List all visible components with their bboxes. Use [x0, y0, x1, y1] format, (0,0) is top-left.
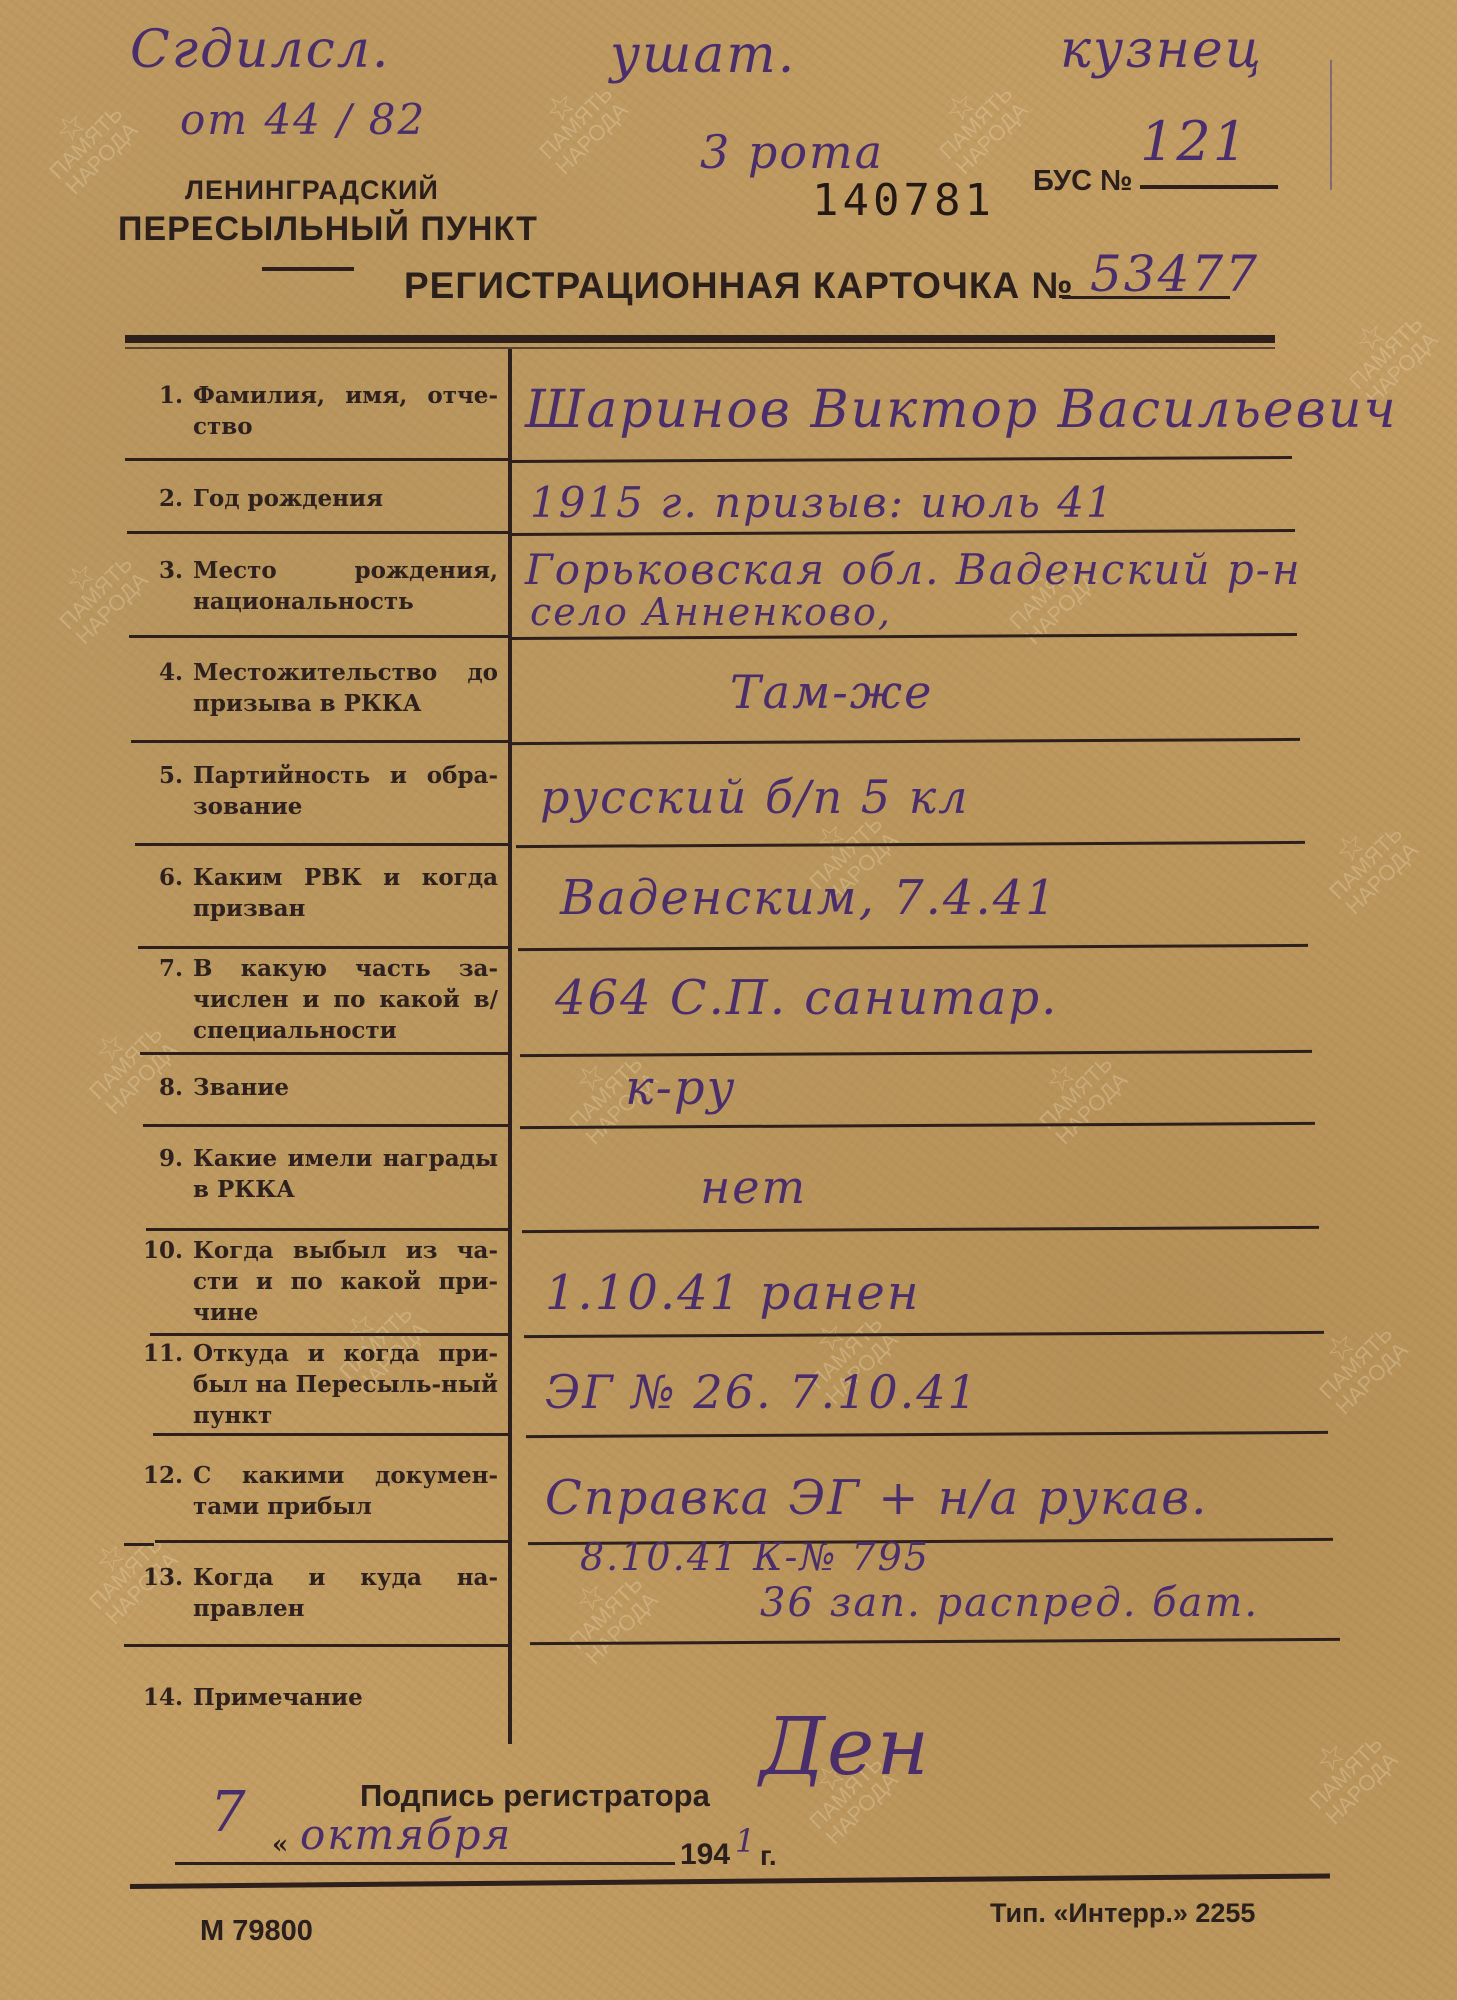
institution-line-1: ЛЕНИНГРАДСКИЙ — [185, 175, 439, 206]
row-rule — [127, 531, 508, 534]
field-value-2: 1915 г. призыв: июль 41 — [530, 478, 1115, 527]
star-icon: ☆ — [40, 537, 121, 618]
field-value-9: нет — [700, 1160, 807, 1214]
row-rule — [143, 1124, 510, 1127]
row-rule — [124, 1543, 154, 1546]
quote-mark: « — [272, 1830, 288, 1860]
star-icon: ☆ — [1330, 297, 1411, 378]
row-rule — [520, 1050, 1312, 1057]
printer-mark: Тип. «Интерр.» 2255 — [990, 1898, 1255, 1929]
bus-label: БУС № — [1033, 165, 1133, 198]
field-label-9: 9.Какие имели награды в РККА — [135, 1143, 505, 1205]
row-rule — [516, 841, 1305, 848]
stamped-number: 140781 — [812, 175, 995, 226]
field-label-5: 5.Партийность и обра-зование — [135, 760, 505, 822]
field-value-8: к-ру — [625, 1060, 736, 1116]
star-icon: ☆ — [1290, 1717, 1371, 1798]
handwritten-note-right: кузнец — [1060, 20, 1263, 80]
bus-number-line — [1140, 185, 1278, 189]
watermark: ☆ПАМЯТЬНАРОДА — [1290, 1717, 1402, 1829]
field-label-12: 12.С какими докумен-тами прибыл — [135, 1460, 505, 1522]
form-number: М 79800 — [200, 1915, 313, 1948]
field-value-1: Шаринов Виктор Васильевич — [525, 380, 1398, 440]
watermark: ☆ПАМЯТЬНАРОДА — [1310, 807, 1422, 919]
institution-line-2: ПЕРЕСЫЛЬНЫЙ ПУНКТ — [118, 210, 538, 249]
row-rule — [526, 1431, 1328, 1438]
field-label-14: 14.Примечание — [135, 1682, 505, 1713]
field-value-5: русский б/п 5 кл — [540, 770, 969, 824]
star-icon: ☆ — [520, 67, 601, 148]
card-number-line — [1062, 296, 1230, 299]
bus-number-ink: 121 — [1140, 110, 1249, 173]
field-label-1: 1.Фамилия, имя, отче-ство — [135, 380, 505, 442]
row-rule — [155, 1540, 512, 1543]
watermark: ☆ПАМЯТЬНАРОДА — [1300, 1307, 1412, 1419]
card-title: РЕГИСТРАЦИОННАЯ КАРТОЧКА № — [404, 265, 1074, 307]
field-label-8: 8.Звание — [135, 1072, 505, 1103]
row-rule — [520, 1122, 1315, 1129]
star-icon: ☆ — [920, 67, 1001, 148]
row-rule — [150, 1333, 512, 1336]
date-suffix: г. — [760, 1840, 777, 1872]
ink-stroke — [1330, 60, 1332, 190]
row-rule — [530, 1638, 1340, 1645]
field-value-3: Горьковская обл. Ваденский р-н — [525, 545, 1302, 594]
column-divider — [508, 349, 512, 1744]
row-rule — [153, 1433, 512, 1436]
watermark: ☆ПАМЯТЬНАРОДА — [30, 87, 142, 199]
row-rule — [129, 635, 508, 638]
table-top-rule — [125, 335, 1275, 343]
field-label-2: 2.Год рождения — [135, 483, 505, 514]
handwritten-note-left-1: Сгдилсл. — [130, 20, 390, 80]
star-icon: ☆ — [1310, 807, 1391, 888]
row-rule — [512, 529, 1295, 536]
row-rule — [124, 1644, 510, 1647]
field-label-13: 13.Когда и куда на-правлен — [135, 1562, 505, 1624]
date-day: 7 — [210, 1780, 248, 1845]
row-rule — [131, 740, 508, 743]
row-rule — [140, 1052, 510, 1055]
row-rule — [518, 944, 1308, 951]
handwritten-note-center-1: ушат. — [610, 25, 796, 85]
row-rule — [512, 633, 1297, 640]
field-value-4: Там-же — [730, 665, 933, 719]
field-value-13-line2: 36 зап. распред. бат. — [760, 1580, 1259, 1626]
card-number: 53477 — [1090, 245, 1259, 303]
field-label-6: 6.Каким РВК и когда призван — [135, 862, 505, 924]
star-icon: ☆ — [1300, 1307, 1381, 1388]
field-value-3-line2: село Анненково, — [530, 590, 892, 634]
field-label-7: 7.В какую часть за-числен и по какой в/с… — [135, 953, 505, 1046]
field-label-4: 4.Местожительство до призыва в РККА — [135, 657, 505, 719]
row-rule — [146, 1228, 510, 1231]
field-value-10: 1.10.41 ранен — [545, 1265, 920, 1321]
field-value-13: 8.10.41 К-№ 795 — [580, 1535, 930, 1579]
signature-label: Подпись регистратора — [360, 1778, 710, 1814]
divider — [262, 267, 354, 271]
star-icon: ☆ — [1020, 1037, 1101, 1118]
handwritten-note-center-2: 3 рота — [700, 125, 884, 179]
row-rule — [522, 1226, 1319, 1233]
row-rule — [512, 456, 1292, 463]
star-icon: ☆ — [550, 1037, 631, 1118]
field-value-12: Справка ЭГ + н/а рукав. — [545, 1470, 1208, 1526]
date-line — [175, 1862, 675, 1865]
field-label-10: 10.Когда выбыл из ча-сти и по какой при-… — [135, 1235, 505, 1328]
table-top-rule-thin — [125, 347, 1275, 349]
star-icon: ☆ — [30, 87, 111, 168]
field-value-7: 464 С.П. санитар. — [555, 970, 1058, 1026]
field-label-3: 3.Место рождения, национальность — [135, 555, 505, 617]
date-month: октября — [300, 1810, 512, 1859]
watermark: ☆ПАМЯТЬНАРОДА — [920, 67, 1032, 179]
date-year-prefix: 194 — [680, 1838, 730, 1872]
field-value-6: Ваденским, 7.4.41 — [560, 870, 1058, 926]
registrar-signature: Ден — [760, 1700, 931, 1793]
row-rule — [138, 946, 508, 949]
row-rule — [524, 1331, 1324, 1338]
field-label-11: 11.Откуда и когда при-был на Пересыль-ны… — [135, 1338, 505, 1431]
row-rule — [125, 458, 508, 461]
bottom-rule — [130, 1874, 1330, 1889]
row-rule — [135, 843, 508, 846]
handwritten-note-left-2: от 44 / 82 — [180, 95, 426, 144]
date-year-suffix: 1 — [735, 1822, 757, 1860]
row-rule — [512, 738, 1300, 745]
field-value-11: ЭГ № 26. 7.10.41 — [545, 1365, 979, 1419]
